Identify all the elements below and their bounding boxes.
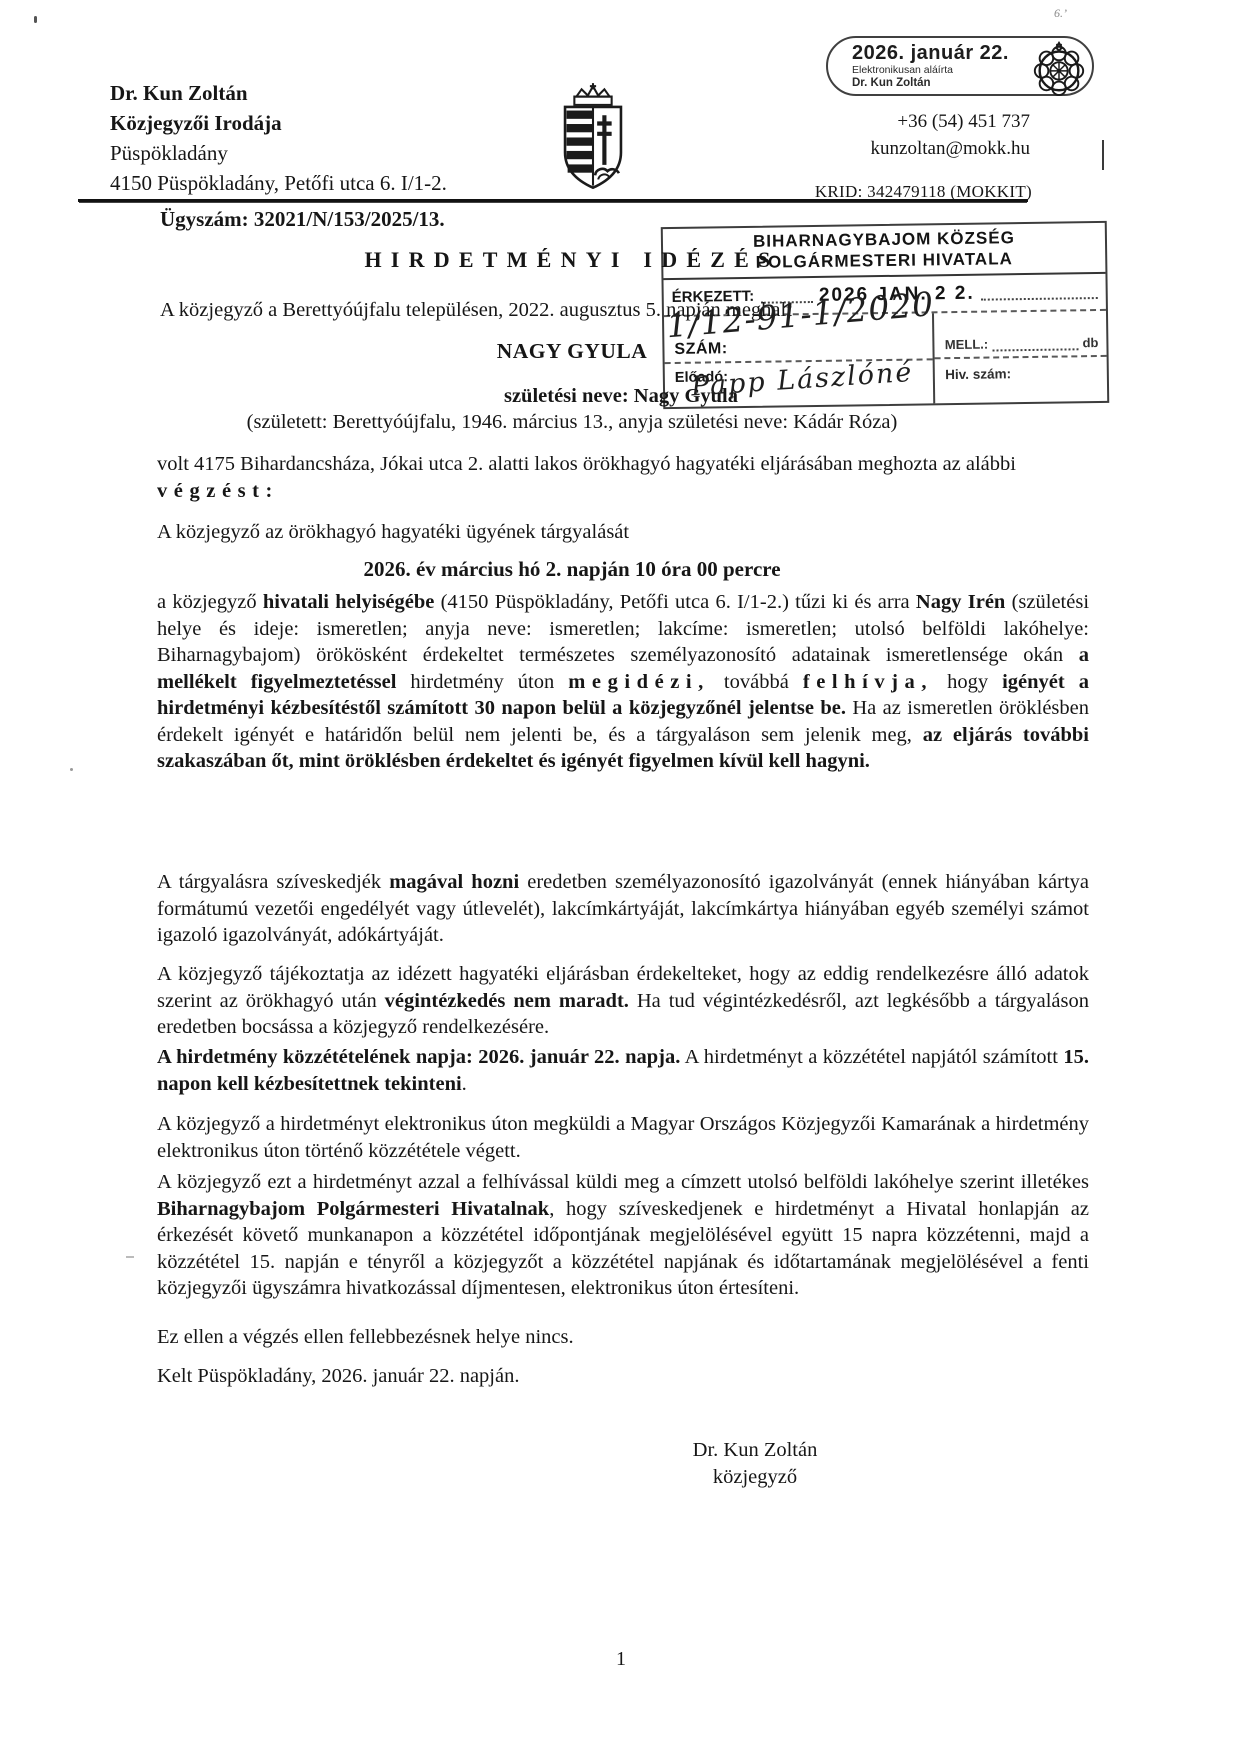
signature-title: közjegyző — [590, 1464, 920, 1491]
notary-address: 4150 Püspökladány, Petőfi utca 6. I/1-2. — [110, 168, 447, 198]
received-stamp-date-row: ÉRKEZETT: 2026 JAN. 2 2. — [663, 274, 1105, 317]
contact-block: +36 (54) 451 737 kunzoltan@mokk.hu — [790, 108, 1030, 162]
notary-city: Püspökladány — [110, 138, 447, 168]
publication-paragraph: A hirdetmény közzétételének napja: 2026.… — [157, 1044, 1089, 1097]
header-divider — [78, 199, 1028, 202]
phone-number: +36 (54) 451 737 — [790, 108, 1030, 135]
stamp-eloado-cell: Előadó: Papp Lászlóné — [665, 360, 934, 407]
dotted-leader — [760, 288, 813, 304]
scan-artifact — [34, 16, 37, 23]
received-stamp: BIHARNAGYBAJOM KÖZSÉG POLGÁRMESTERI HIVA… — [661, 221, 1109, 409]
documents-paragraph: A tárgyalásra szíveskedjék magával hozni… — [157, 869, 1089, 949]
szam-label: SZÁM: — [674, 340, 727, 359]
will-paragraph: A közjegyző tájékoztatja az idézett hagy… — [157, 961, 1089, 1041]
scan-artifact — [70, 768, 73, 771]
received-stamp-org: BIHARNAGYBAJOM KÖZSÉG POLGÁRMESTERI HIVA… — [663, 223, 1106, 280]
chamber-paragraph: A közjegyző a hirdetményt elektronikus ú… — [157, 1111, 1089, 1164]
notary-name: Dr. Kun Zoltán — [110, 78, 447, 108]
erkezett-date: 2026 JAN. 2 2. — [819, 282, 975, 306]
residence-line: volt 4175 Bihardancsháza, Jókai utca 2. … — [157, 451, 1089, 478]
electronic-signature-stamp: 2026. január 22. Elektronikusan aláírta … — [826, 36, 1094, 96]
stamp-mell-cell: MELL.: db — [934, 311, 1106, 359]
birth-details-line: (született: Berettyóújfalu, 1946. márciu… — [157, 409, 987, 436]
email-address: kunzoltan@mokk.hu — [790, 135, 1030, 162]
mell-unit: db — [1082, 335, 1098, 350]
scan-edge-tick — [1102, 140, 1104, 170]
no-appeal-line: Ez ellen a végzés ellen fellebbezésnek h… — [157, 1324, 1089, 1351]
erkezett-label: ÉRKEZETT: — [672, 288, 755, 306]
hungarian-coat-of-arms-icon — [537, 80, 649, 201]
dotted-leader — [981, 284, 1098, 301]
notary-office: Közjegyzői Irodája — [110, 108, 447, 138]
corner-pencil-mark: 6.’ — [1054, 6, 1067, 21]
mell-label: MELL.: — [945, 337, 989, 353]
notary-office-block: Dr. Kun Zoltán Közjegyzői Irodája Püspök… — [110, 78, 447, 198]
scanned-document-page: 6.’ Dr. Kun Zoltán Közjegyzői Irodája Pü… — [0, 0, 1242, 1753]
page-number: 1 — [157, 1648, 1085, 1671]
dotted-leader — [992, 339, 1079, 351]
stamp-hiv-cell: Hiv. szám: — [935, 357, 1107, 403]
signature-name: Dr. Kun Zoltán — [590, 1437, 920, 1464]
notary-seal-icon — [1030, 39, 1088, 102]
eloado-label: Előadó: — [675, 369, 728, 386]
hiv-label: Hiv. szám: — [945, 366, 1011, 382]
vegzest-line: végzést: — [157, 478, 279, 505]
municipality-paragraph: A közjegyző ezt a hirdetményt azzal a fe… — [157, 1169, 1089, 1302]
hearing-date-line: 2026. év március hó 2. napján 10 óra 00 … — [157, 556, 987, 583]
signature-block: Dr. Kun Zoltán közjegyző — [590, 1437, 920, 1491]
dated-line: Kelt Püspökladány, 2026. január 22. napj… — [157, 1363, 1089, 1390]
scan-artifact — [126, 1256, 134, 1258]
case-number: Ügyszám: 32021/N/153/2025/13. — [160, 206, 445, 233]
stamp-szam-cell: SZÁM: 1/12-91-1/2020 — [664, 313, 933, 363]
summons-paragraph: a közjegyző hivatali helyiségébe (4150 P… — [157, 589, 1089, 775]
hearing-intro-line: A közjegyző az örökhagyó hagyatéki ügyén… — [157, 519, 1089, 546]
